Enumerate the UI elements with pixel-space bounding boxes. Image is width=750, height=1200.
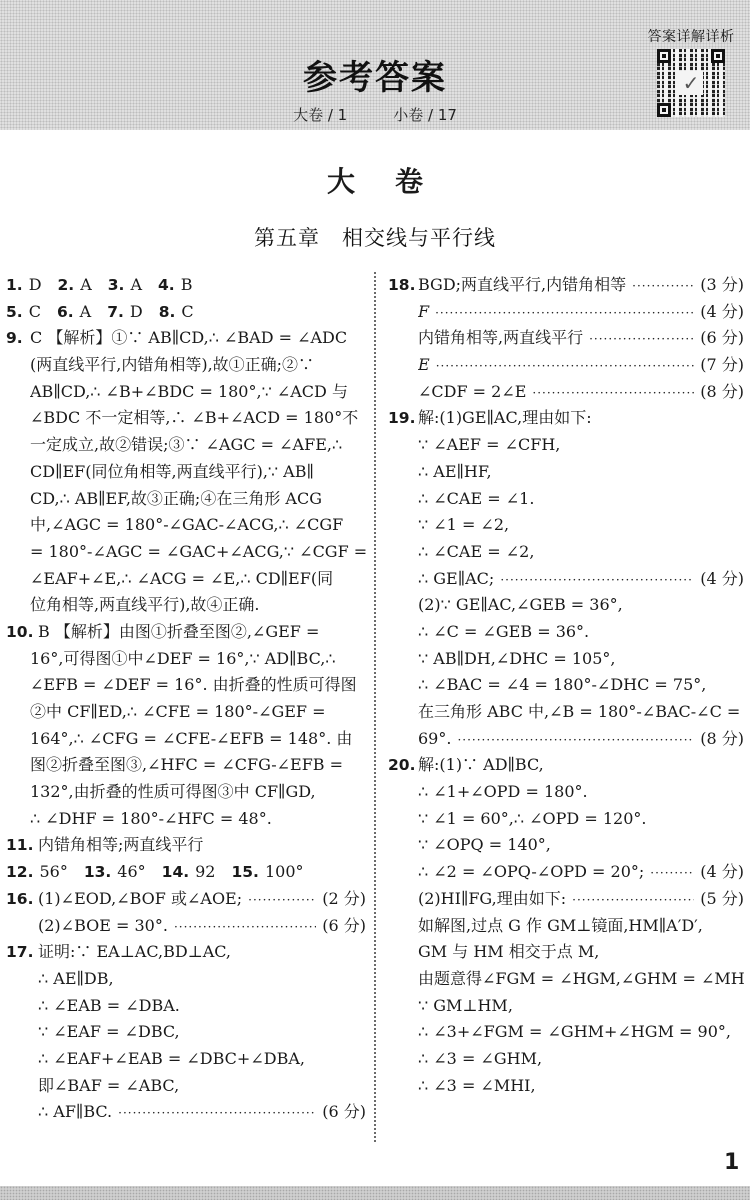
question-18: 18.BGD;两直线平行,内错角相等······················… [388, 272, 744, 405]
column-divider [374, 272, 376, 1142]
question-10: 10.B 【解析】由图①折叠至图②,∠GEF = 16°,可得图①中∠DEF =… [6, 619, 366, 833]
chapter-title: 第五章相交线与平行线 [0, 222, 750, 252]
footer-band [0, 1186, 750, 1200]
section-title: 大卷 [0, 160, 750, 200]
nav-big-volume[interactable]: 大卷 / 1 [293, 104, 347, 125]
checkmark-icon: ✓ [679, 71, 703, 95]
qr-code-icon[interactable]: ✓ [657, 49, 725, 117]
question-16: 16. (1)∠EOD,∠BOF 或∠AOE;·················… [6, 886, 366, 939]
qr-panel: 答案详解详析 ✓ [635, 26, 747, 117]
left-column: 1.D2.A3.A4.B 5.C6.A7.D8.C 9.C 【解析】①∵ AB∥… [6, 272, 366, 1126]
nav-small-volume[interactable]: 小卷 / 17 [393, 104, 457, 125]
question-19: 19.解:(1)GE∥AC,理由如下: ∵ ∠AEF = ∠CFH, ∴ AE∥… [388, 405, 744, 752]
answer-row-1-4: 1.D2.A3.A4.B [6, 272, 366, 299]
answer-row-5-8: 5.C6.A7.D8.C [6, 299, 366, 326]
right-column: 18.BGD;两直线平行,内错角相等······················… [388, 272, 744, 1099]
question-17: 17.证明:∵ EA⊥AC,BD⊥AC, ∴ AE∥DB, ∴ ∠EAB = ∠… [6, 939, 366, 1126]
question-11: 11.内错角相等;两直线平行 [6, 832, 366, 859]
question-9: 9.C 【解析】①∵ AB∥CD,∴ ∠BAD = ∠ADC (两直线平行,内错… [6, 325, 366, 619]
question-20: 20.解:(1)∵ AD∥BC, ∴ ∠1+∠OPD = 180°. ∵ ∠1 … [388, 752, 744, 1099]
qr-label: 答案详解详析 [635, 26, 747, 46]
page-number: 1 [724, 1150, 739, 1175]
answer-row-12-15: 12.56°13.46°14.9215.100° [6, 859, 366, 886]
